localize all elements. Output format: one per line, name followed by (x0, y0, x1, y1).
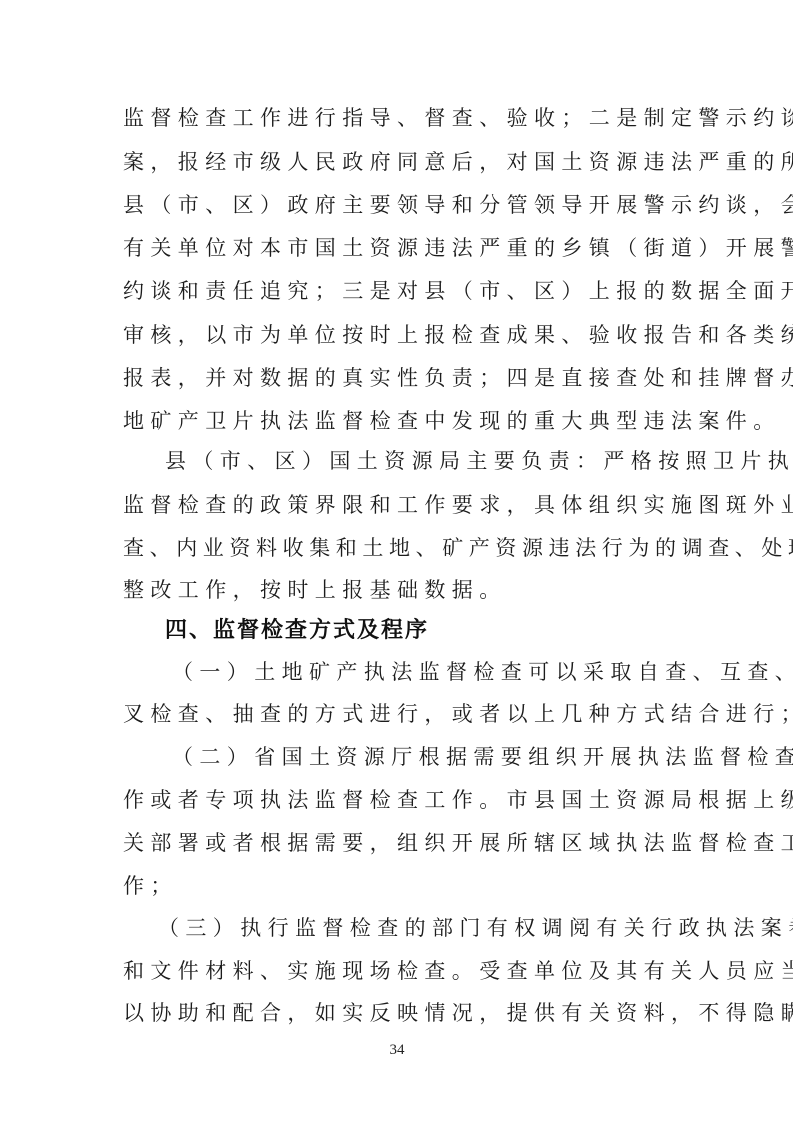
section-heading: 四、监督检查方式及程序 (165, 616, 429, 646)
paragraph-start-line: 县（市、区）国土资源局主要负责：严格按照卫片执法 (165, 446, 725, 476)
page-number: 34 (386, 1041, 408, 1059)
body-line: 审核，以市为单位按时上报检查成果、验收报告和各类统计 (123, 320, 683, 350)
body-line: 作或者专项执法监督检查工作。市县国土资源局根据上级机 (123, 785, 683, 815)
list-item-2-start: （二）省国土资源厅根据需要组织开展执法监督检查工 (172, 742, 732, 772)
body-line: 整改工作，按时上报基础数据。 (123, 575, 683, 605)
body-line: 约谈和责任追究；三是对县（市、区）上报的数据全面开展 (123, 276, 683, 306)
body-line: 监督检查的政策界限和工作要求，具体组织实施图斑外业核 (123, 490, 683, 520)
body-line: 案，报经市级人民政府同意后，对国土资源违法严重的所辖 (123, 147, 683, 177)
body-line: 地矿产卫片执法监督检查中发现的重大典型违法案件。 (123, 406, 683, 436)
body-line: 查、内业资料收集和土地、矿产资源违法行为的调查、处理、 (123, 533, 683, 563)
body-line: 县（市、区）政府主要领导和分管领导开展警示约谈，会同 (123, 190, 683, 220)
body-line: 关部署或者根据需要，组织开展所辖区域执法监督检查工 (123, 828, 683, 858)
body-line: 监督检查工作进行指导、督查、验收；二是制定警示约谈方 (123, 103, 683, 133)
body-line: 叉检查、抽查的方式进行，或者以上几种方式结合进行； (123, 699, 683, 729)
body-line: 以协助和配合，如实反映情况，提供有关资料，不得隐瞒、 (123, 998, 683, 1028)
list-item-1-start: （一）土地矿产执法监督检查可以采取自查、互查、交 (172, 657, 732, 687)
document-page: 监督检查工作进行指导、督查、验收；二是制定警示约谈方 案，报经市级人民政府同意后… (0, 0, 793, 1122)
body-line: 报表，并对数据的真实性负责；四是直接查处和挂牌督办土 (123, 363, 683, 393)
body-line: 有关单位对本市国土资源违法严重的乡镇（街道）开展警示 (123, 233, 683, 263)
list-item-3-start: （三）执行监督检查的部门有权调阅有关行政执法案卷 (158, 913, 718, 943)
body-line: 作； (123, 871, 683, 901)
body-line: 和文件材料、实施现场检查。受查单位及其有关人员应当予 (123, 956, 683, 986)
